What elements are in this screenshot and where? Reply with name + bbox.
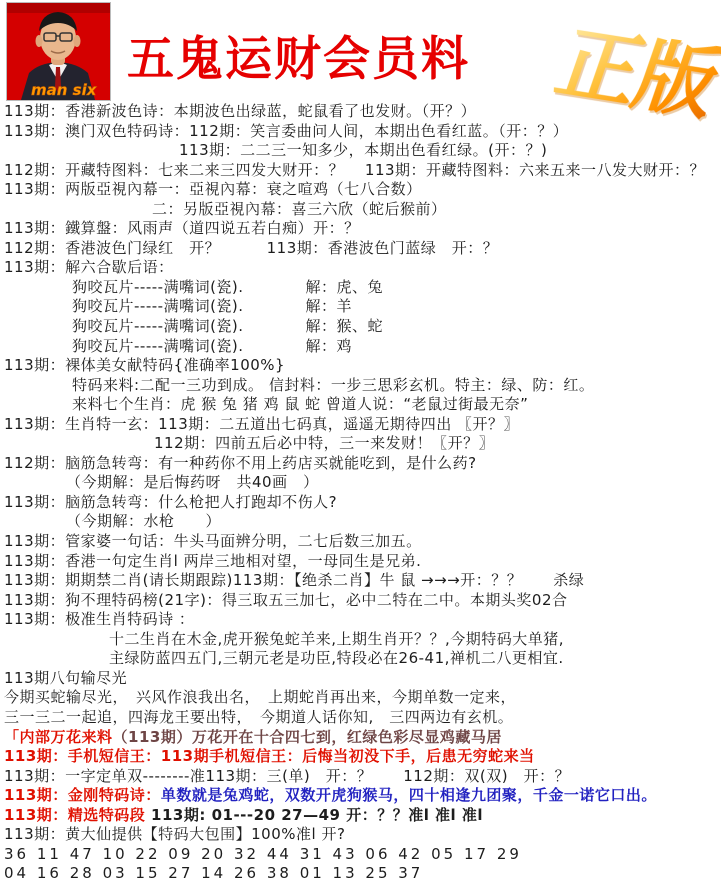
text-line: 十二生肖在木金,虎开猴兔蛇羊来,上期生肖开？？,今期特码大单猪, <box>4 630 719 650</box>
text-line: 36 11 47 10 22 09 20 32 44 31 43 06 42 0… <box>4 845 719 865</box>
text-line: 「内部万花来料（113期）万花开在十合四七到，红绿色彩尽显鸡藏马居 <box>4 728 719 748</box>
text-segment: 113期：极准生肖特码诗 ： <box>4 610 194 628</box>
tipster-portrait: man six <box>7 3 110 100</box>
page-title: 五鬼运财会员料 <box>127 22 470 89</box>
text-line: 113期：一字定单双--------准113期：三(单) 开：？ 112期：双(… <box>4 767 719 787</box>
text-line: （今期解：是后悔药呀 共40画 ） <box>4 473 719 493</box>
text-segment: 狗咬瓦片-----满嘴词(瓷). 解：鸡 <box>72 337 352 355</box>
text-line: 112期：香港波色门绿红 开？ 113期：香港波色门蓝绿 开：？ <box>4 239 719 259</box>
text-segment: 113期：脑筋急转弯：什么枪把人打跑却不伤人? <box>4 493 337 511</box>
text-segment: 112期：脑筋急转弯：有一种药你不用上药店买就能吃到，是什么药? <box>4 454 477 472</box>
text-line: 狗咬瓦片-----满嘴词(瓷). 解：鸡 <box>4 337 719 357</box>
text-line: 04 16 28 03 15 27 14 26 38 01 13 25 37 <box>4 864 719 884</box>
text-segment: 112期：开藏特图料：七来二来三四发大财开：？ 113期：开藏特图料：六来五来一… <box>4 161 705 179</box>
text-line: 113期：黄大仙提供【特码大包围】100%准l 开? <box>4 825 719 845</box>
text-segment: 113期：裸体美女献特码{准确率100%} <box>4 356 285 374</box>
text-line: 主绿防蓝四五门,三朝元老是功臣,特段必在26-41,禅机二八更相宜. <box>4 649 719 669</box>
text-line: 113期：二二三一知多少，本期出色看红绿。(开：？) <box>4 141 719 161</box>
text-segment: 狗咬瓦片-----满嘴词(瓷). 解：虎、兔 <box>72 278 383 296</box>
text-line: 112期：开藏特图料：七来二来三四发大财开：？ 113期：开藏特图料：六来五来一… <box>4 161 719 181</box>
text-segment: 113期：期期禁二肖(请长期跟踪)113期：【绝杀二肖】牛 鼠 →→→开：？？ … <box>4 571 584 589</box>
text-segment: 113期：生肖特一玄：113期：二五道出七码真，遥遥无期待四出 〖开？〗 <box>4 415 519 433</box>
text-segment: 三一三二一起追，四海龙王要出特， 今期道人话你知, 三四两边有玄机。 <box>4 708 513 726</box>
text-line: 113期：解六合歇后语： <box>4 258 719 278</box>
text-line: 113期：金刚特码诗：单数就是兔鸡蛇，双数开虎狗猴马，四十相逢九团聚，千金一诺它… <box>4 786 719 806</box>
text-line: 113期：脑筋急转弯：什么枪把人打跑却不伤人? <box>4 493 719 513</box>
text-segment: 来料七个生肖：虎 猴 兔 猪 鸡 鼠 蛇 曾道人说：“老鼠过街最无奈” <box>72 395 528 413</box>
text-line: 113期：澳门双色特码诗：112期：笑言委曲问人间，本期出色看红蓝。（开：？） <box>4 122 719 142</box>
text-segment: 04 16 28 03 15 27 14 26 38 01 13 25 37 <box>4 864 423 882</box>
text-line: 113期：精选特码段 113期: 01---20 27—49 开：？？准l 准l… <box>4 806 719 826</box>
text-segment: 二：另版亞視內幕：喜三六欣（蛇后猴前） <box>152 200 447 218</box>
text-segment: 113期：管家婆一句话：牛头马面辨分明，二七后数三加五。 <box>4 532 422 550</box>
text-line: 二：另版亞視內幕：喜三六欣（蛇后猴前） <box>4 200 719 220</box>
text-segment: 「内部万花来料 <box>4 728 113 746</box>
text-segment: 特码来料:二配一三功到成。 信封料：一步三思彩玄机。特主：绿、防：红。 <box>72 376 594 394</box>
text-line: 113期：生肖特一玄：113期：二五道出七码真，遥遥无期待四出 〖开？〗 <box>4 415 719 435</box>
text-segment: 113期：黄大仙提供【特码大包围】100%准l 开? <box>4 825 345 843</box>
text-segment: 113期：两版亞視內幕一：亞視內幕：衰之喧鸡（七八合数） <box>4 180 422 198</box>
text-segment: 113期：金刚特码诗： <box>4 786 161 804</box>
text-line: 来料七个生肖：虎 猴 兔 猪 鸡 鼠 蛇 曾道人说：“老鼠过街最无奈” <box>4 395 719 415</box>
text-line: 113期：两版亞視內幕一：亞視內幕：衰之喧鸡（七八合数） <box>4 180 719 200</box>
text-line: （今期解：水枪 ） <box>4 512 719 532</box>
text-segment: （今期解：是后悔药呀 共40画 ） <box>66 473 319 491</box>
text-segment: （今期解：水枪 ） <box>66 512 221 530</box>
text-segment: 113期：鐵算盤：风雨声（道四说五若白痴）开：？ <box>4 219 360 237</box>
lottery-tip-sheet: man six 五鬼运财会员料 正版 113期：香港新波色诗：本期波色出绿蓝，蛇… <box>0 0 721 891</box>
text-segment: 112期：香港波色门绿红 开？ 113期：香港波色门蓝绿 开：？ <box>4 239 498 257</box>
text-segment: 113期：精选特码段 <box>4 806 151 824</box>
text-segment: 今期买蛇输尽光， 兴风作浪我出名， 上期蛇肖再出来，今期单数一定来， <box>4 688 516 706</box>
text-line: 狗咬瓦片-----满嘴词(瓷). 解：羊 <box>4 297 719 317</box>
text-line: 狗咬瓦片-----满嘴词(瓷). 解：猴、蛇 <box>4 317 719 337</box>
text-segment: 113期：狗不理特码榜(21字)：得三取五三加七，必中二特在二中。本期头奖02合 <box>4 591 568 609</box>
text-segment: 十二生肖在木金,虎开猴兔蛇羊来,上期生肖开？？,今期特码大单猪, <box>109 630 564 648</box>
text-line: 112期：四前五后必中特，三一来发财！〖开？〗 <box>4 434 719 454</box>
text-line: 特码来料:二配一三功到成。 信封料：一步三思彩玄机。特主：绿、防：红。 <box>4 376 719 396</box>
text-segment: 113期：一字定单双--------准113期：三(单) 开：？ 112期：双(… <box>4 767 570 785</box>
text-segment: 113期：香港新波色诗：本期波色出绿蓝，蛇鼠看了也发财。（开？） <box>4 102 476 120</box>
text-segment: 113期：解六合歇后语： <box>4 258 174 276</box>
text-segment: 狗咬瓦片-----满嘴词(瓷). 解：猴、蛇 <box>72 317 383 335</box>
text-line: 狗咬瓦片-----满嘴词(瓷). 解：虎、兔 <box>4 278 719 298</box>
text-segment: 113期: 01---20 27—49 开：？？准l 准l 准l <box>151 806 483 824</box>
text-line: 今期买蛇输尽光， 兴风作浪我出名， 上期蛇肖再出来，今期单数一定来， <box>4 688 719 708</box>
text-line: 113期八句输尽光 <box>4 669 719 689</box>
text-line: 113期：香港一句定生肖l 两岸三地相对望，一母同生是兄弟. <box>4 552 719 572</box>
text-segment: 113期：手机短信王：113期手机短信王：后悔当初没下手，后患无穷蛇来当 <box>4 747 535 765</box>
text-segment: 113期：香港一句定生肖l 两岸三地相对望，一母同生是兄弟. <box>4 552 421 570</box>
text-line: 113期：狗不理特码榜(21字)：得三取五三加七，必中二特在二中。本期头奖02合 <box>4 591 719 611</box>
text-line: 113期：裸体美女献特码{准确率100%} <box>4 356 719 376</box>
text-line: 113期：手机短信王：113期手机短信王：后悔当初没下手，后患无穷蛇来当 <box>4 747 719 767</box>
text-segment: 单数就是兔鸡蛇，双数开虎狗猴马，四十相逢九团聚，千金一诺它口出。 <box>161 786 657 804</box>
text-segment: （113期）万花开在十合四七到，红绿色彩尽显鸡藏马居 <box>113 728 502 746</box>
text-segment: 113期八句输尽光 <box>4 669 127 687</box>
text-line: 113期：极准生肖特码诗 ： <box>4 610 719 630</box>
content-lines: 113期：香港新波色诗：本期波色出绿蓝，蛇鼠看了也发财。（开？）113期：澳门双… <box>4 102 719 884</box>
text-segment: 113期：澳门双色特码诗：112期：笑言委曲问人间，本期出色看红蓝。（开：？） <box>4 122 568 140</box>
text-segment: 36 11 47 10 22 09 20 32 44 31 43 06 42 0… <box>4 845 522 863</box>
text-line: 113期：香港新波色诗：本期波色出绿蓝，蛇鼠看了也发财。（开？） <box>4 102 719 122</box>
text-segment: 112期：四前五后必中特，三一来发财！〖开？〗 <box>154 434 494 452</box>
text-line: 113期：鐵算盤：风雨声（道四说五若白痴）开：？ <box>4 219 719 239</box>
text-segment: 113期：二二三一知多少，本期出色看红绿。(开：？) <box>179 141 547 159</box>
text-line: 112期：脑筋急转弯：有一种药你不用上药店买就能吃到，是什么药? <box>4 454 719 474</box>
text-segment: 狗咬瓦片-----满嘴词(瓷). 解：羊 <box>72 297 352 315</box>
tipster-photo: man six <box>6 2 111 101</box>
text-line: 113期：期期禁二肖(请长期跟踪)113期：【绝杀二肖】牛 鼠 →→→开：？？ … <box>4 571 719 591</box>
photo-watermark: man six <box>31 81 98 99</box>
text-line: 113期：管家婆一句话：牛头马面辨分明，二七后数三加五。 <box>4 532 719 552</box>
text-line: 三一三二一起追，四海龙王要出特， 今期道人话你知, 三四两边有玄机。 <box>4 708 719 728</box>
text-segment: 主绿防蓝四五门,三朝元老是功臣,特段必在26-41,禅机二八更相宜. <box>109 649 564 667</box>
